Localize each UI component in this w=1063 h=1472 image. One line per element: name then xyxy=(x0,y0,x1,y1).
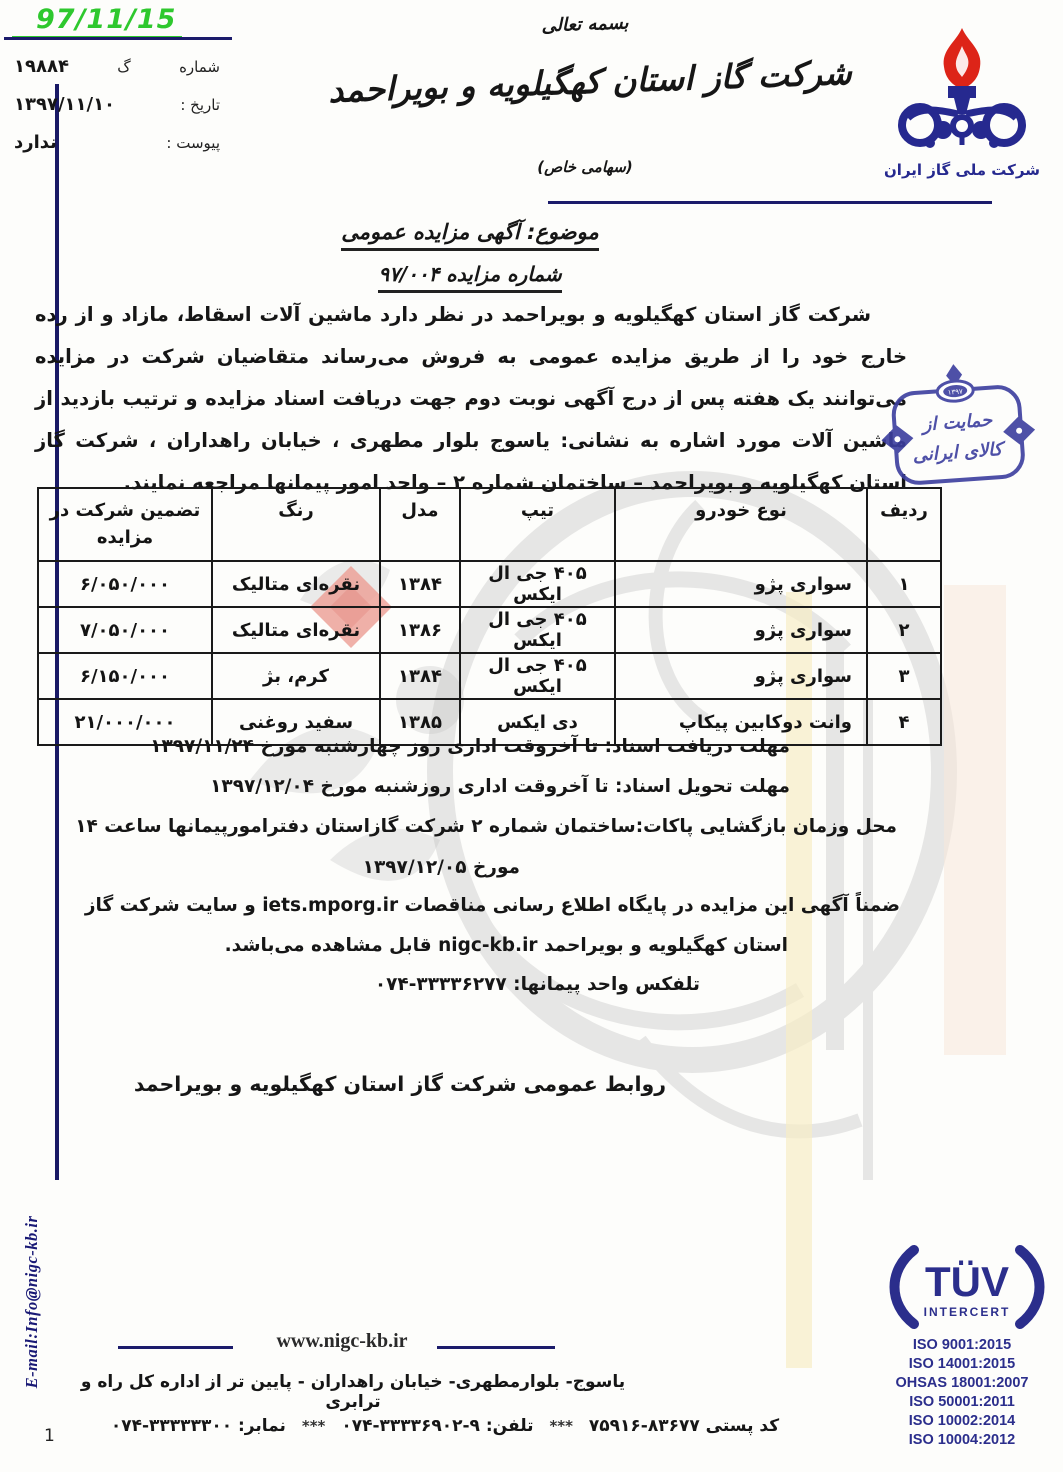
letter-meta: شماره گ ۱۹۸۸۴ تاریخ : ۱۳۹۷/۱۱/۱۰ پیوست :… xyxy=(14,56,220,170)
iso-item: ISO 14001:2015 xyxy=(868,1355,1056,1374)
footer-dash-left xyxy=(118,1346,233,1349)
tuv-text: TÜV xyxy=(925,1258,1009,1305)
iso-certifications-list: ISO 9001:2015 ISO 14001:2015 OHSAS 18001… xyxy=(868,1336,1056,1450)
cell-row: ۲ xyxy=(867,607,941,653)
number-series: گ xyxy=(117,58,130,76)
publication-websites-line1: ضمناً آگهی این مزایده در پایگاه اطلاع رس… xyxy=(85,895,900,916)
logo-caption: شرکت ملی گاز ایران xyxy=(884,161,1040,179)
col-model-year: مدل xyxy=(380,488,460,561)
footer-dash-right xyxy=(437,1346,555,1349)
iso-item: ISO 9001:2015 xyxy=(868,1336,1056,1355)
cell-trim: ۴۰۵ جی ال ایکس xyxy=(460,653,615,699)
iso-item: OHSAS 18001:2007 xyxy=(868,1374,1056,1393)
stamp-line1: حمایت از xyxy=(919,410,994,436)
envelope-opening-location: محل وزمان بازگشایی پاکات:ساختمان شماره ۲… xyxy=(75,816,897,837)
cell-guarantee: ۶/۱۵۰/۰۰۰ xyxy=(38,653,212,699)
cell-guarantee: ۶/۰۵۰/۰۰۰ xyxy=(38,561,212,607)
cell-color: کرم، بژ xyxy=(212,653,380,699)
handwritten-date: 97/11/15 xyxy=(12,4,182,39)
col-color: رنگ xyxy=(212,488,380,561)
stamp-line2: کالای ایرانی xyxy=(912,439,1007,467)
fax-number: نمابر: ‎۰۷۴-۳۳۳۳۳۳۰۰ xyxy=(111,1416,286,1436)
table-row: ۲ سواری پژو ۴۰۵ جی ال ایکس ۱۳۸۶ نقره‌ای … xyxy=(38,607,941,653)
col-vehicle-type: نوع خودرو xyxy=(615,488,867,561)
public-relations-signature: روابط عمومی شرکت گاز استان کهگیلویه و بو… xyxy=(95,1072,705,1096)
cell-row: ۳ xyxy=(867,653,941,699)
company-type: (سهامی خاص) xyxy=(430,158,740,176)
website-url: www.nigc-kb.ir xyxy=(252,1330,432,1353)
phone-number: تلفن: ‎۰۷۴-۳۳۳۳۶۹۰۲-۹ xyxy=(341,1416,533,1436)
publication-websites-line2: استان کهگیلویه و بویراحمد nigc-kb.ir قاب… xyxy=(225,935,788,956)
email-vertical-text: E-mail:Info@nigc-kb.ir xyxy=(22,1152,42,1452)
body-paragraph: شرکت گاز استان کهگیلویه و بویراحمد در نظ… xyxy=(35,294,907,504)
nigc-flame-logo: شرکت ملی گاز ایران xyxy=(880,22,1045,207)
auction-items-table: ردیف نوع خودرو تیپ مدل رنگ تضمین شرکت در… xyxy=(37,487,940,746)
cell-vehicle: سواری پژو xyxy=(615,653,867,699)
attachment-value: ندارد xyxy=(14,132,57,153)
cell-model: ۱۳۸۴ xyxy=(380,653,460,699)
cell-color: نقره‌ای متالیک xyxy=(212,561,380,607)
cell-row: ۴ xyxy=(867,699,941,745)
col-guarantee: تضمین شرکت در مزایده xyxy=(38,488,212,561)
cell-trim: ۴۰۵ جی ال ایکس xyxy=(460,561,615,607)
subject-text: موضوع: آگهی مزایده عمومی xyxy=(341,220,598,251)
footer-address: یاسوج- بلوارمطهری- خیابان راهداران - پای… xyxy=(53,1372,653,1412)
cell-model: ۱۳۸۶ xyxy=(380,607,460,653)
iso-item: ISO 50001:2011 xyxy=(868,1393,1056,1412)
date-value: ۱۳۹۷/۱۱/۱۰ xyxy=(14,94,115,115)
scanned-letter-page: 97/11/15 شماره گ ۱۹۸۸۴ تاریخ : ۱۳۹۷/۱۱/۱… xyxy=(0,0,1063,1472)
intercert-text: INTERCERT xyxy=(924,1305,1011,1319)
auction-number-text: شماره مزایده ۹۷/۰۰۴ xyxy=(378,262,561,293)
cell-guarantee: ۷/۰۵۰/۰۰۰ xyxy=(38,607,212,653)
page-number: 1 xyxy=(44,1426,55,1446)
envelope-opening-date: مورخ ۱۳۹۷/۱۲/۰۵ xyxy=(363,857,520,878)
deadline-receive-documents: مهلت دریافت اسناد: تا آخروقت اداری روز چ… xyxy=(150,736,790,757)
stamp-year: ۱۳۹۷ xyxy=(947,388,963,397)
cell-row: ۱ xyxy=(867,561,941,607)
postal-code: کد پستی ‎۷۵۹۱۶-۸۳۶۷۷ xyxy=(589,1416,779,1436)
table-header-row: ردیف نوع خودرو تیپ مدل رنگ تضمین شرکت در… xyxy=(38,488,941,561)
support-iranian-goods-stamp: ۱۳۹۷ حمایت از کالای ایرانی xyxy=(870,358,1046,504)
contracts-unit-telefax: تلفکس واحد پیمانها: ‎۰۷۴-۳۳۳۳۶۲۷۷ xyxy=(375,974,700,995)
meta-date-row: تاریخ : ۱۳۹۷/۱۱/۱۰ xyxy=(14,94,220,115)
number-value: ۱۹۸۸۴ xyxy=(14,56,69,77)
cell-vehicle: سواری پژو xyxy=(615,561,867,607)
auction-number-line: شماره مزایده ۹۷/۰۰۴ xyxy=(250,262,690,293)
table-row: ۱ سواری پژو ۴۰۵ جی ال ایکس ۱۳۸۴ نقره‌ای … xyxy=(38,561,941,607)
number-label: شماره xyxy=(179,58,220,76)
separator-asterisks: *** xyxy=(549,1417,573,1435)
deadline-submit-documents: مهلت تحویل اسناد: تا آخروقت اداری روزشنب… xyxy=(210,776,790,797)
attachment-label: پیوست : xyxy=(166,134,220,152)
col-trim: تیپ xyxy=(460,488,615,561)
iso-item: ISO 10004:2012 xyxy=(868,1431,1056,1450)
cell-color: نقره‌ای متالیک xyxy=(212,607,380,653)
cell-vehicle: سواری پژو xyxy=(615,607,867,653)
tuv-intercert-logo: TÜV INTERCERT xyxy=(872,1240,1062,1340)
subject-line: موضوع: آگهی مزایده عمومی xyxy=(250,220,690,251)
cell-trim: ۴۰۵ جی ال ایکس xyxy=(460,607,615,653)
company-name-calligraphy: شرکت گاز استان کهگیلویه و بویراحمد xyxy=(299,52,880,111)
separator-asterisks: *** xyxy=(302,1417,326,1435)
cell-model: ۱۳۸۴ xyxy=(380,561,460,607)
meta-number-row: شماره گ ۱۹۸۸۴ xyxy=(14,56,220,77)
footer-contact-line: کد پستی ‎۷۵۹۱۶-۸۳۶۷۷ *** تلفن: ‎۰۷۴-۳۳۳۳… xyxy=(30,1416,860,1436)
meta-attachment-row: پیوست : ندارد xyxy=(14,132,220,153)
iso-item: ISO 10002:2014 xyxy=(868,1412,1056,1431)
header-rule xyxy=(548,201,992,204)
top-left-rule xyxy=(4,37,232,40)
bismillah-text: بسمه تعالی xyxy=(430,9,741,41)
table-row: ۳ سواری پژو ۴۰۵ جی ال ایکس ۱۳۸۴ کرم، بژ … xyxy=(38,653,941,699)
date-label: تاریخ : xyxy=(180,96,220,114)
